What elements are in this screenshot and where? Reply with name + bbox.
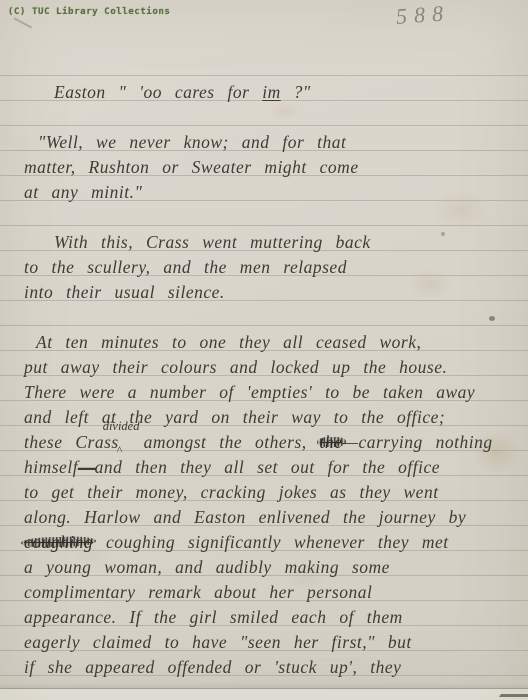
manuscript-blank-line xyxy=(24,305,516,330)
handwritten-text: ?" xyxy=(281,82,311,102)
handwritten-text: Easton " 'oo cares for xyxy=(54,82,262,102)
handwritten-text: and left at the yard on their way to the… xyxy=(24,407,445,427)
handwritten-text: along. Harlow and Easton enlivened the j… xyxy=(24,507,466,527)
handwritten-text: eagerly claimed to have "seen her first,… xyxy=(24,632,412,652)
handwritten-text: appearance. If the girl smiled each of t… xyxy=(24,607,403,627)
handwritten-text: With this, Crass went muttering back xyxy=(54,232,371,252)
manuscript-line: these Crassdivided^ amongst the others, … xyxy=(24,430,516,455)
manuscript-blank-line xyxy=(24,105,516,130)
handwritten-text: — xyxy=(78,457,95,477)
handwritten-text: complimentary remark about her personal xyxy=(24,582,372,602)
library-stamp: (C) TUC Library Collections xyxy=(8,7,171,17)
inserted-word: divided^ xyxy=(119,436,131,448)
manuscript-line: matter, Rushton or Sweater might come xyxy=(24,155,516,180)
manuscript-line: put away their colours and locked up the… xyxy=(24,355,516,380)
manuscript-page: (C) TUC Library Collections 588 Easton "… xyxy=(0,0,528,700)
manuscript-line: With this, Crass went muttering back xyxy=(24,230,516,255)
handwritten-text: to the scullery, and the men relapsed xyxy=(24,257,347,277)
manuscript-line: if she appeared offended or 'stuck up', … xyxy=(24,655,516,680)
handwritten-text: matter, Rushton or Sweater might come xyxy=(24,157,359,177)
manuscript-line: Easton " 'oo cares for im ?" xyxy=(24,80,516,105)
handwritten-text: at any minit." xyxy=(24,182,142,202)
handwritten-text: "Well, we never know; and for that xyxy=(38,132,346,152)
scribbled-out-word: the xyxy=(320,432,343,452)
handwritten-text: a young woman, and audibly making some xyxy=(24,557,390,577)
manuscript-line: appearance. If the girl smiled each of t… xyxy=(24,605,516,630)
manuscript-line: at any minit." xyxy=(24,180,516,205)
handwritten-text: to get their money, cracking jokes as th… xyxy=(24,482,439,502)
manuscript-blank-line xyxy=(24,205,516,230)
handwritten-text: into their usual silence. xyxy=(24,282,225,302)
manuscript-line: There were a number of 'empties' to be t… xyxy=(24,380,516,405)
handwritten-text: im xyxy=(262,82,281,102)
handwritten-text: coughing significantly whenever they met xyxy=(93,532,449,552)
handwritten-text: amongst the others, xyxy=(131,432,320,452)
pencil-mark xyxy=(14,17,32,28)
scribbled-out-word: coughing xyxy=(24,532,93,552)
handwritten-text: himself xyxy=(24,457,78,477)
manuscript-line: to the scullery, and the men relapsed xyxy=(24,255,516,280)
manuscript-line: complimentary remark about her personal xyxy=(24,580,516,605)
handwritten-text: At ten minutes to one they all ceased wo… xyxy=(36,332,421,352)
manuscript-line: to get their money, cracking jokes as th… xyxy=(24,480,516,505)
handwritten-text: if she appeared offended or 'stuck up', … xyxy=(24,657,401,677)
handwritten-text: put away their colours and locked up the… xyxy=(24,357,447,377)
manuscript-line: himself—and then they all set out for th… xyxy=(24,455,516,480)
scan-bottom-edge xyxy=(0,689,528,700)
handwritten-text: There were a number of 'empties' to be t… xyxy=(24,382,475,402)
manuscript-line: and left at the yard on their way to the… xyxy=(24,405,516,430)
manuscript-line: At ten minutes to one they all ceased wo… xyxy=(24,330,516,355)
page-number: 588 xyxy=(395,0,451,30)
handwritten-text: —carrying nothing xyxy=(342,432,492,452)
manuscript-line: into their usual silence. xyxy=(24,280,516,305)
manuscript-line: along. Harlow and Easton enlivened the j… xyxy=(24,505,516,530)
manuscript-line: a young woman, and audibly making some xyxy=(24,555,516,580)
manuscript-line: coughing coughing significantly whenever… xyxy=(24,530,516,555)
insertion-caret: ^ xyxy=(117,438,123,463)
scan-corner-mark xyxy=(499,694,528,697)
inserted-word-text: divided xyxy=(103,414,140,439)
manuscript-line: "Well, we never know; and for that xyxy=(24,130,516,155)
manuscript-line: eagerly claimed to have "seen her first,… xyxy=(24,630,516,655)
manuscript-lines: Easton " 'oo cares for im ?""Well, we ne… xyxy=(24,80,516,680)
handwritten-text: and then they all set out for the office xyxy=(95,457,440,477)
